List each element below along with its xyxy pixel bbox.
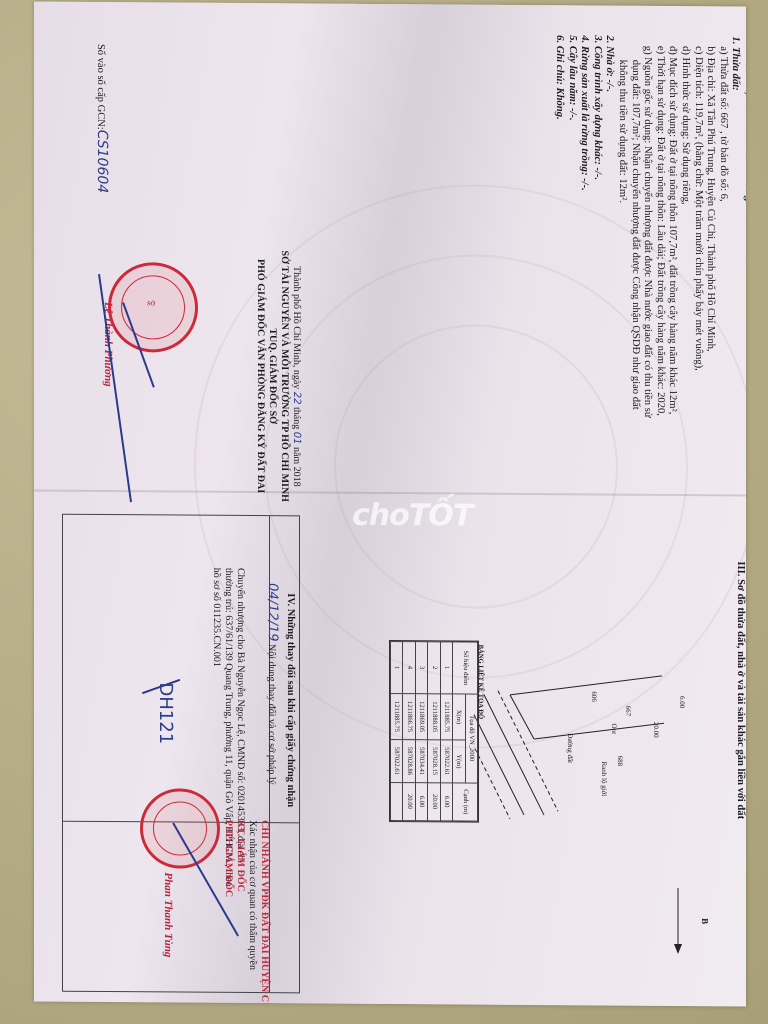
change-content-header: 04/12/19 Nội dung thay đổi và cơ sở pháp… bbox=[265, 583, 280, 785]
branch-stamp bbox=[140, 788, 220, 869]
parcel-line: a) Thửa đất số: 667 , tờ bản đồ số: 6, bbox=[716, 36, 729, 506]
confirm-stamp-line: KT. GIÁM ĐỐC bbox=[234, 820, 246, 1007]
other-construction-line: 3. Công trình xây dựng khác: -/-. bbox=[590, 35, 603, 505]
neighbor-parcel: 688 bbox=[616, 756, 624, 767]
table-row: 1 1211885.75 587022.61 bbox=[391, 642, 403, 821]
neighbor-parcel: 606 bbox=[590, 691, 598, 702]
origin-line: g) Nguồn gốc sử dụng: Nhận chuyển nhượng… bbox=[641, 36, 654, 506]
confirm-header: Xác nhận của cơ quan có thẩm quyền bbox=[246, 820, 258, 1006]
forest-line: 4. Rừng sản xuất là rừng trồng: -/-. bbox=[578, 35, 591, 505]
north-arrow-icon bbox=[668, 886, 688, 956]
notes-line: 6. Ghi chú: Không. bbox=[553, 35, 566, 505]
signature-block: Thành phố Hồ Chí Minh, ngày 22 tháng 01 … bbox=[254, 241, 302, 511]
land-heading: 1. Thửa đất: bbox=[729, 36, 742, 506]
registry-number: Số vào sổ cấp GCN:CS10604 bbox=[94, 44, 110, 193]
width-label: 6.00 bbox=[678, 696, 686, 708]
on-behalf: TUQ. GIÁM ĐỐC SỞ bbox=[266, 241, 278, 511]
coordinates-table: Số hiệu điểm Tọa độ VN_2000 Cạnh (m) X(m… bbox=[389, 640, 479, 823]
official-stamp: SỞ bbox=[108, 262, 198, 353]
header-y: Y(m) bbox=[453, 740, 465, 782]
section-2-title: II. Thửa đất, nhà ở và tài sản khác gắn … bbox=[741, 36, 746, 506]
origin-line: dụng đất: 107,7m²; Nhận chuyển nhượng đấ… bbox=[628, 36, 641, 506]
land-type: Ont bbox=[610, 724, 618, 735]
section-3-title: III. Sơ đồ thửa đất, nhà ở và tài sản kh… bbox=[735, 561, 746, 819]
certificate-page: II. Thửa đất, nhà ở và tài sản khác gắn … bbox=[34, 2, 746, 1007]
header-point: Số hiệu điểm bbox=[453, 642, 478, 694]
term-line: e) Thời hạn sử dụng: Đất ở tại nông thôn… bbox=[653, 36, 666, 506]
table-row: 1 1211885.75 587022.61 6.00 bbox=[440, 642, 452, 821]
parcel-number: 667 bbox=[624, 706, 632, 717]
purpose-line: đ) Mục đích sử dụng: Đất ở tại nông thôn… bbox=[666, 36, 679, 506]
boundary-label: Ranh lộ giới bbox=[600, 761, 608, 796]
table-row: 3 1211869.05 587034.41 6.00 bbox=[415, 642, 427, 821]
position: PHÓ GIÁM ĐỐC VĂN PHÒNG ĐĂNG KÝ ĐẤT ĐAI bbox=[254, 241, 266, 511]
confirm-office: CHI NHÁNH VPĐK ĐẤT ĐAI HUYỆN CỦ CHI bbox=[258, 820, 270, 1006]
handwritten-code: DH121 bbox=[155, 682, 176, 744]
north-label: B bbox=[700, 918, 710, 924]
confirm-column: CHI NHÁNH VPĐK ĐẤT ĐAI HUYỆN CỦ CHI Xác … bbox=[222, 820, 270, 1007]
section-4-title: IV. Những thay đổi sau khi cấp giấy chứn… bbox=[285, 593, 296, 807]
header-edge: Cạnh (m) bbox=[453, 783, 478, 822]
table-row: 2 1211888.05 587028.15 20.00 bbox=[428, 642, 440, 821]
length-label: 20.00 bbox=[652, 722, 660, 738]
watermark: choTỐT bbox=[352, 498, 472, 534]
header-x: X(m) bbox=[453, 694, 465, 741]
origin-line: không thu tiền sử dụng đất: 12m². bbox=[615, 36, 628, 506]
department: SỞ TÀI NGUYÊN VÀ MÔI TRƯỜNG TP HỒ CHÍ MI… bbox=[278, 241, 290, 511]
perennial-line: 5. Cây lâu năm: -/-. bbox=[565, 35, 578, 505]
confirm-signer: Phan Thanh Tùng bbox=[162, 872, 174, 957]
house-line: 2. Nhà ở: -/-. bbox=[603, 35, 616, 505]
road-label: Đường đất bbox=[566, 733, 574, 763]
area-line: c) Diện tích: 119,7m², (bằng chữ: Một tr… bbox=[691, 36, 704, 506]
issue-date: Thành phố Hồ Chí Minh, ngày 22 tháng 01 … bbox=[290, 241, 302, 511]
header-coords: Tọa độ VN_2000 bbox=[465, 694, 477, 783]
section-2: II. Thửa đất, nhà ở và tài sản khác gắn … bbox=[553, 35, 747, 506]
address-line: b) Địa chỉ: Xã Tân Phú Trung, Huyện Củ C… bbox=[704, 36, 717, 506]
table-row: 4 1211866.75 587028.86 20.00 bbox=[403, 642, 415, 821]
usage-form-line: d) Hình thức sử dụng: Sử dụng riêng, bbox=[678, 36, 691, 506]
